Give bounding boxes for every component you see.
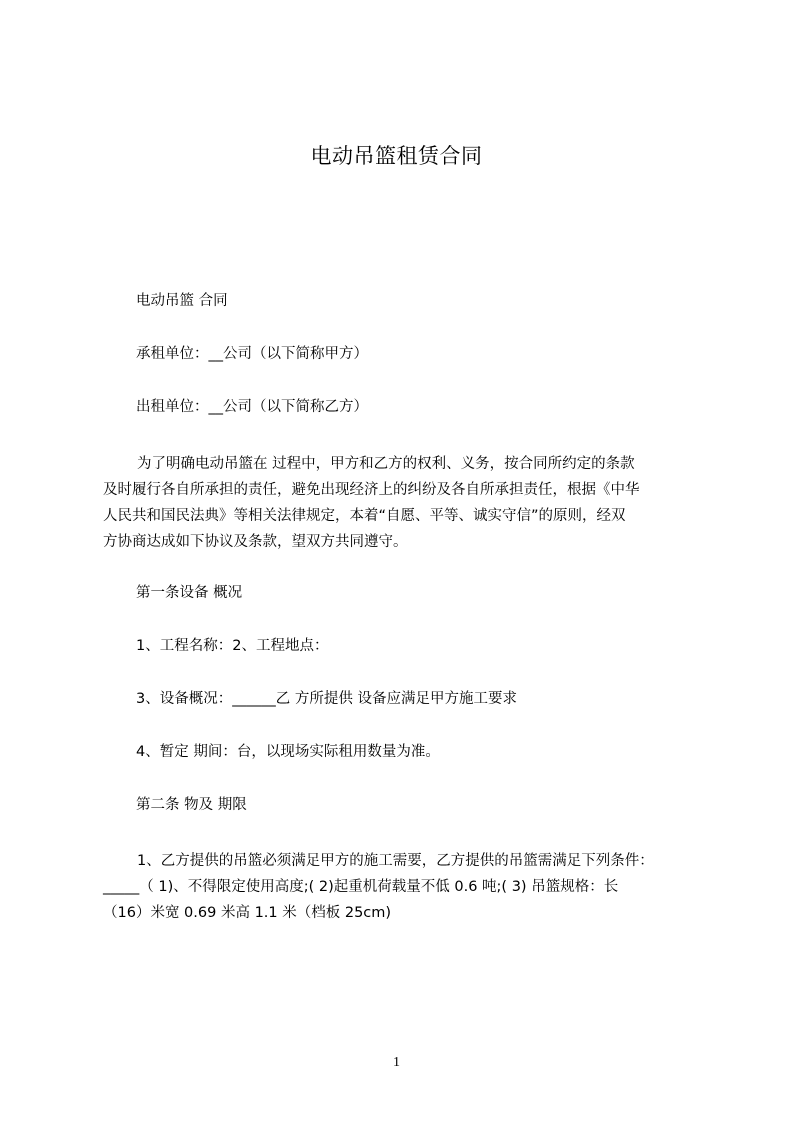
article2-heading: 第二条 物及 期限 <box>136 795 247 815</box>
clause-line: （16）米宽 0.69 米高 1.1 米（档板 25cm) <box>103 900 705 926</box>
preamble-paragraph: 为了明确电动吊篮在 过程中，甲方和乙方的权利、义务，按合同所约定的条款 及时履行… <box>103 451 705 555</box>
article1-item: 4、暂定 期间：台，以现场实际租用数量为准。 <box>136 742 440 762</box>
article2-clause1: 1、乙方提供的吊篮必须满足甲方的施工需要，乙方提供的吊篮需满足下列条件： ___… <box>103 848 705 926</box>
article1-heading: 第一条设备 概况 <box>136 583 242 603</box>
lessor-line: 出租单位：__公司（以下简称乙方） <box>136 397 368 417</box>
clause-line: 1、乙方提供的吊篮必须满足甲方的施工需要，乙方提供的吊篮需满足下列条件： <box>103 848 705 874</box>
document-page: 电动吊篮租赁合同 电动吊篮 合同 承租单位：__公司（以下简称甲方） 出租单位：… <box>0 0 793 1122</box>
contract-subtitle: 电动吊篮 合同 <box>136 291 228 311</box>
lessee-line: 承租单位：__公司（以下简称甲方） <box>136 344 368 364</box>
article1-item: 1、工程名称：2、工程地点： <box>136 636 328 656</box>
article1-item: 3、设备概况：______乙 方所提供 设备应满足甲方施工要求 <box>136 689 517 709</box>
preamble-line: 及时履行各自所承担的责任，避免出现经济上的纠纷及各自所承担责任，根据《中华 <box>103 477 705 503</box>
preamble-line: 人民共和国民法典》等相关法律规定，本着“自愿、平等、诚实守信”的原则，经双 <box>103 503 705 529</box>
preamble-line: 为了明确电动吊篮在 过程中，甲方和乙方的权利、义务，按合同所约定的条款 <box>103 451 705 477</box>
preamble-line: 方协商达成如下协议及条款，望双方共同遵守。 <box>103 529 705 555</box>
clause-line: _____（ 1)、不得限定使用高度;( 2)起重机荷载量不低 0.6 吨;( … <box>103 874 705 900</box>
page-number: 1 <box>0 1055 793 1071</box>
document-title: 电动吊篮租赁合同 <box>0 141 793 171</box>
